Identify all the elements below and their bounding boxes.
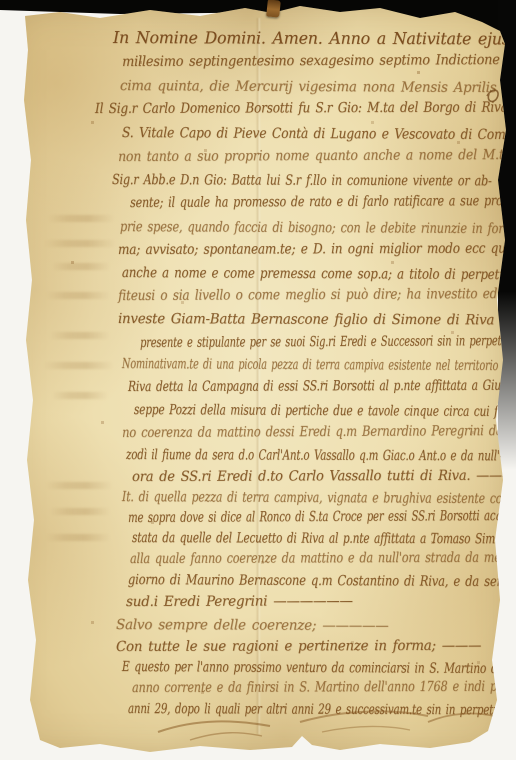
handwritten-line: giorno di Maurino Bernascone q.m Costant… (128, 572, 516, 590)
manuscript-photo: In Nomine Domini. Amen. Anno a Nativitat… (0, 0, 516, 760)
verso-bleed-mark (52, 263, 110, 270)
handwritten-line: sente; il quale ha promesso de rato e di… (130, 193, 506, 211)
binding-tab (266, 0, 281, 18)
flourish-ring (496, 730, 502, 736)
handwritten-line: anno corrente e da finirsi in S. Martino… (132, 679, 509, 696)
handwritten-line: non tanto a suo proprio nome quanto anch… (118, 147, 516, 165)
handwritten-line: S. Vitale Capo di Pieve Contà di Lugano … (122, 125, 516, 143)
verso-bleed-mark (46, 482, 112, 489)
handwritten-line: Salvo sempre delle coerenze; ————— (116, 617, 389, 634)
handwritten-line: ora de SS.ri Eredi d.to Carlo Vassallo t… (132, 468, 515, 485)
verso-bleed-mark (50, 508, 110, 515)
handwritten-line: sud.i Eredi Peregrini —————— (126, 593, 353, 610)
verso-bleed-mark (48, 215, 114, 222)
handwritten-line: investe Giam-Batta Bernascone figlio di … (118, 311, 516, 328)
handwritten-line: fiteusi o sia livello o come meglio si p… (118, 286, 497, 304)
handwritten-line: In Nomine Domini. Amen. Anno a Nativitat… (113, 28, 516, 48)
handwritten-line: me sopra dove si dice al Ronco di S.ta C… (128, 508, 514, 526)
handwritten-line: seppe Pozzi della misura di pertiche due… (134, 402, 514, 420)
verso-bleed-mark (44, 240, 116, 247)
handwritten-line: ma; avvisato; spontaneam.te; e D. in ogn… (118, 241, 516, 258)
handwritten-line: Il Sig.r Carlo Domenico Borsotti fu S.r … (95, 100, 511, 117)
handwritten-line: Riva detta la Campagna di essi SS.ri Bor… (128, 378, 504, 395)
handwritten-line: zodì il fiume da sera d.o Carl'Ant.o Vas… (126, 447, 503, 464)
handwritten-line: Nominativam.te di una picola pezza di te… (122, 356, 512, 374)
verso-bleed-mark (46, 292, 110, 299)
handwritten-line: stata da quelle del Lecuetto di Riva al … (132, 530, 511, 547)
handwritten-line: anche a nome e come premessa come sop.a;… (122, 265, 516, 283)
verso-bleed-mark (50, 332, 110, 339)
handwritten-line: cima quinta, die Mercurij vigesima nona … (120, 78, 516, 96)
flourish-swash (190, 733, 262, 740)
flourish-swash (158, 721, 270, 732)
handwritten-line: Sig.r Abb.e D.n Gio: Batta lui S.r f.llo… (112, 172, 492, 189)
handwritten-line: Con tutte le sue ragioni e pertinenze in… (116, 638, 481, 655)
handwritten-line: E questo per l'anno prossimo venturo da … (122, 659, 513, 677)
handwritten-line: presente e stipulante per se suoi Sig.ri… (140, 333, 513, 351)
verso-bleed-mark (52, 392, 108, 399)
handwritten-line: alla quale fanno coerenze da mattino e d… (130, 550, 516, 567)
handwritten-line: millesimo septingentesimo sexagesimo sep… (122, 52, 516, 70)
verso-bleed-mark (44, 362, 114, 369)
handwritten-line: It. di quella pezza di terra campiva, vi… (122, 489, 506, 507)
handwritten-line: anni 29, dopo li quali per altri anni 29… (128, 701, 506, 718)
handwritten-line: prie spese, quando faccia di bisogno; co… (120, 219, 507, 237)
paper-sheet: In Nomine Domini. Amen. Anno a Nativitat… (0, 0, 516, 760)
verso-bleed-mark (46, 534, 110, 541)
flourish-swash (322, 727, 410, 733)
handwritten-line: no coerenza da mattino dessi Eredi q.m B… (122, 423, 516, 441)
